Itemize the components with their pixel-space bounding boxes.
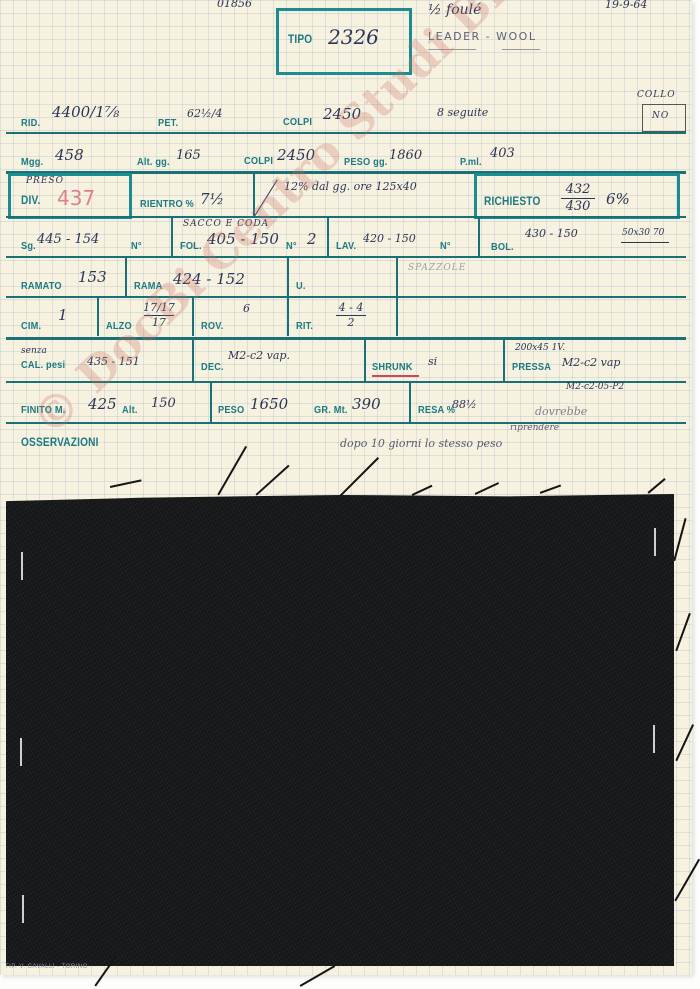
faint-note: SPAZZOLE	[408, 263, 466, 273]
shrunk-underline	[372, 375, 419, 377]
divider-v	[253, 174, 255, 216]
bol-label: BOL.	[491, 241, 514, 253]
divider-v	[192, 296, 194, 336]
tipo-label: TIPO	[288, 34, 312, 46]
client-name: LEADER - WOOL	[428, 30, 536, 43]
div-label: DIV.	[21, 195, 40, 207]
divider-v	[478, 216, 480, 256]
arrow-icon	[255, 180, 278, 216]
peso-gg-value: 1860	[389, 148, 422, 163]
thread	[339, 457, 378, 496]
alt-gg-label: Alt. gg.	[137, 156, 170, 168]
pet-value: 62½/4	[187, 107, 222, 120]
cim-value: 1	[58, 306, 68, 324]
fol-note: SACCO E CODA	[183, 219, 269, 229]
divider-v	[97, 296, 99, 336]
finito-alt-value: 150	[151, 396, 176, 411]
rit-label: RIT.	[296, 320, 313, 332]
thread	[110, 479, 142, 487]
rit-fraction: 4 - 4 2	[336, 302, 366, 329]
richiesto-den: 430	[566, 200, 591, 214]
rid-label: RID.	[21, 117, 40, 129]
rientro-value: 7½	[200, 190, 224, 208]
colpi-value: 2450	[323, 105, 361, 123]
divider-v	[125, 256, 127, 296]
divider-v	[364, 340, 366, 381]
bol-note: 50x30 70	[622, 228, 664, 238]
row1-note: 8 seguite	[437, 106, 488, 119]
collo-label: COLLO	[637, 90, 676, 100]
peso-value: 1650	[250, 395, 288, 413]
sg-label: Sg.	[21, 240, 36, 252]
divider	[6, 256, 686, 258]
richiesto-label: RICHIESTO	[484, 196, 541, 208]
finito-value: 425	[88, 395, 117, 413]
richiesto-fraction: 432 430	[561, 183, 595, 214]
pml-value: 403	[490, 146, 515, 161]
ramato-label: RAMATO	[21, 280, 62, 292]
bol-value: 430 - 150	[525, 227, 578, 240]
rov-value: 6	[243, 302, 250, 315]
thread	[675, 724, 693, 761]
resa-note: dovrebbe	[535, 405, 587, 418]
lav-value: 420 - 150	[363, 232, 416, 245]
rid-value: 4400/1⅞	[52, 103, 119, 121]
tipo-value: 2326	[328, 25, 379, 49]
divider	[6, 216, 686, 218]
gr-mt-value: 390	[352, 395, 381, 413]
osservazioni-note: dopo 10 giorni lo stesso peso	[340, 437, 502, 450]
divider-v	[171, 216, 173, 256]
pressa-label: PRESSA	[512, 361, 551, 373]
divider	[6, 337, 686, 340]
rov-label: ROV.	[201, 320, 223, 332]
staple-icon	[653, 725, 655, 753]
shrunk-value: si	[428, 355, 437, 368]
richiesto-num: 432	[566, 183, 591, 197]
row3-note: 12% dal gg. ore 125x40	[284, 180, 417, 193]
client-underline	[428, 49, 476, 50]
cim-label: CIM.	[21, 320, 41, 332]
note-top: ½ foulé	[428, 2, 481, 18]
thread	[674, 859, 699, 901]
thread	[540, 485, 561, 494]
thread	[673, 518, 686, 561]
cal-note: senza	[21, 346, 47, 356]
pet-label: PET.	[158, 117, 178, 129]
fol-n-value: 2	[307, 230, 317, 248]
divider-v	[327, 216, 329, 256]
osservazioni-note-top: riprendere	[510, 423, 559, 433]
staple-icon	[21, 552, 23, 580]
fol-label: FOL.	[180, 240, 202, 252]
osservazioni-label: OSSERVAZIONI	[21, 437, 99, 449]
card-number: 01856	[217, 0, 252, 10]
dec-label: DEC.	[201, 361, 224, 373]
colpi-label: COLPI	[283, 116, 312, 128]
bol-note-underline	[621, 242, 669, 243]
thread	[412, 485, 433, 496]
cal-value: 435 - 151	[87, 355, 140, 368]
alzo-fraction: 17/17 17	[144, 302, 174, 329]
lav-label: LAV.	[336, 240, 356, 252]
cal-label: CAL. pesi	[21, 359, 65, 371]
resa-note-top: M2-c2-05-P2	[566, 382, 624, 392]
pml-label: P.ml.	[460, 156, 482, 168]
finito-label: FINITO M.	[21, 404, 66, 416]
pressa-value: M2-c2 vap	[562, 356, 620, 369]
fol-value: 405 - 150	[207, 230, 279, 248]
alzo-label: ALZO	[106, 320, 132, 332]
finito-alt-label: Alt.	[122, 404, 138, 416]
mgg-label: Mgg.	[21, 156, 43, 168]
pressa-note: 200x45 1V.	[515, 343, 565, 353]
divider-v	[503, 340, 505, 381]
colpi2-label: COLPI	[244, 155, 273, 167]
thread	[217, 446, 246, 495]
thread	[648, 478, 666, 493]
div-note: PRESO	[26, 176, 64, 186]
rientro-label: RIENTRO %	[140, 198, 194, 210]
sg-n-label: N°	[131, 240, 142, 252]
ramato-value: 153	[78, 268, 107, 286]
alzo-den: 17	[152, 317, 166, 329]
lav-n-label: N°	[440, 240, 451, 252]
divider-v	[210, 381, 212, 422]
colpi2-value: 2450	[277, 146, 315, 164]
staple-icon	[20, 738, 22, 766]
alzo-num: 17/17	[143, 302, 175, 314]
resa-value: 88½	[452, 398, 477, 411]
staple-icon	[22, 895, 24, 923]
alt-gg-value: 165	[176, 148, 201, 163]
rama-value: 424 - 152	[173, 270, 245, 288]
divider	[6, 132, 686, 134]
mgg-value: 458	[55, 146, 84, 164]
resa-label: RESA %	[418, 404, 455, 416]
fol-n-label: N°	[286, 240, 297, 252]
collo-value: NO	[652, 111, 669, 121]
divider	[6, 296, 686, 298]
divider-v	[409, 381, 411, 422]
rit-num: 4 - 4	[339, 302, 364, 314]
rit-den: 2	[348, 317, 355, 329]
rama-label: RAMA	[134, 280, 162, 292]
staple-icon	[654, 528, 656, 556]
peso-label: PESO	[218, 404, 244, 416]
u-label: U.	[296, 280, 306, 292]
dec-value: M2-c2 vap.	[228, 349, 290, 362]
shrunk-label: SHRUNK	[372, 361, 413, 373]
richiesto-pct: 6%	[606, 190, 630, 208]
fabric-record-card: 01856 19-9-64 TIPO 2326 ½ foulé LEADER -…	[0, 0, 692, 975]
thread	[300, 965, 335, 986]
sg-value: 445 - 154	[37, 232, 99, 247]
thread	[255, 465, 289, 496]
date: 19-9-64	[605, 0, 647, 11]
fabric-swatch	[6, 494, 674, 966]
thread	[475, 482, 499, 494]
client-underline	[502, 49, 540, 50]
printer-credit: TIP. V. CAVALLI - TORINO	[5, 964, 88, 970]
div-value: 437	[57, 186, 95, 210]
gr-mt-label: GR. Mt.	[314, 404, 348, 416]
thread	[675, 613, 690, 651]
peso-gg-label: PESO gg.	[344, 156, 388, 168]
divider-v	[192, 340, 194, 381]
divider	[6, 422, 686, 424]
